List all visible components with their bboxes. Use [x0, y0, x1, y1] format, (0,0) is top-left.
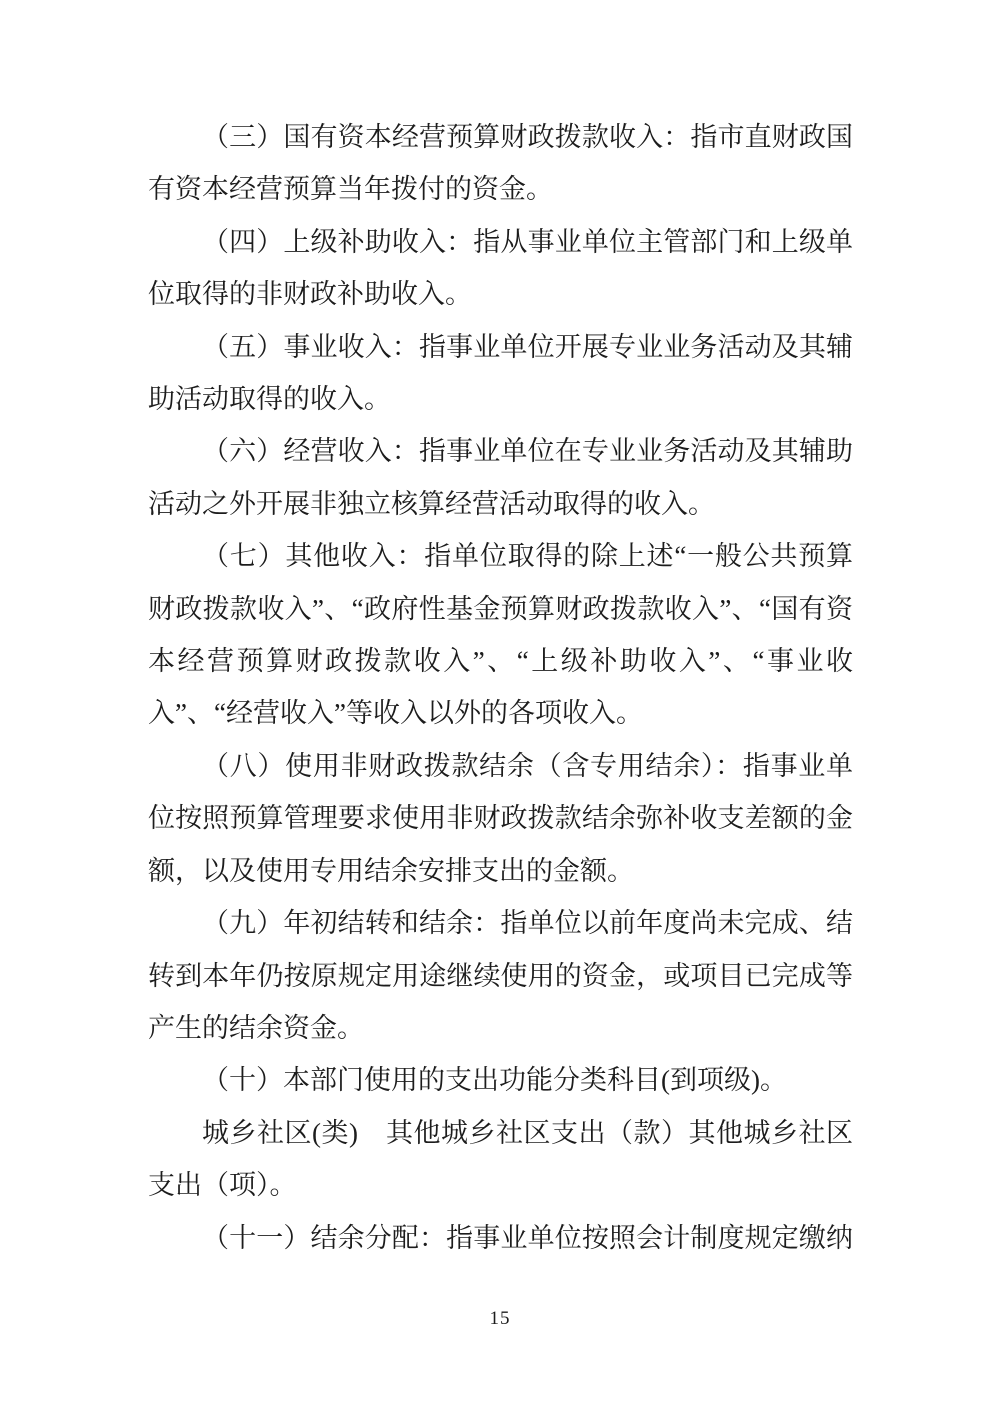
paragraph-item-11-surplus-distribution: （十一）结余分配：指事业单位按照会计制度规定缴纳 [148, 1212, 853, 1264]
document-body: （三）国有资本经营预算财政拨款收入：指市直财政国有资本经营预算当年拨付的资金。 … [148, 111, 853, 1264]
paragraph-item-7-other-income: （七）其他收入：指单位取得的除上述“一般公共预算财政拨款收入”、“政府性基金预算… [148, 530, 853, 740]
paragraph-item-10-expenditure-function-categories: （十）本部门使用的支出功能分类科目(到项级)。 [148, 1054, 853, 1106]
paragraph-item-urban-rural-community: 城乡社区(类) 其他城乡社区支出（款）其他城乡社区支出（项）。 [148, 1107, 853, 1212]
page-number: 15 [0, 1308, 1000, 1330]
paragraph-item-8-nonfiscal-surplus-use: （八）使用非财政拨款结余（含专用结余）：指事业单位按照预算管理要求使用非财政拨款… [148, 740, 853, 897]
paragraph-item-4-superior-subsidy-income: （四）上级补助收入：指从事业单位主管部门和上级单位取得的非财政补助收入。 [148, 216, 853, 321]
paragraph-item-9-carryover-and-surplus: （九）年初结转和结余：指单位以前年度尚未完成、结转到本年仍按原规定用途继续使用的… [148, 897, 853, 1054]
paragraph-item-6-operating-income: （六）经营收入：指事业单位在专业业务活动及其辅助活动之外开展非独立核算经营活动取… [148, 425, 853, 530]
document-page: （三）国有资本经营预算财政拨款收入：指市直财政国有资本经营预算当年拨付的资金。 … [0, 0, 1000, 1414]
paragraph-item-5-institution-income: （五）事业收入：指事业单位开展专业业务活动及其辅助活动取得的收入。 [148, 321, 853, 426]
paragraph-item-3-state-capital-budget-income: （三）国有资本经营预算财政拨款收入：指市直财政国有资本经营预算当年拨付的资金。 [148, 111, 853, 216]
